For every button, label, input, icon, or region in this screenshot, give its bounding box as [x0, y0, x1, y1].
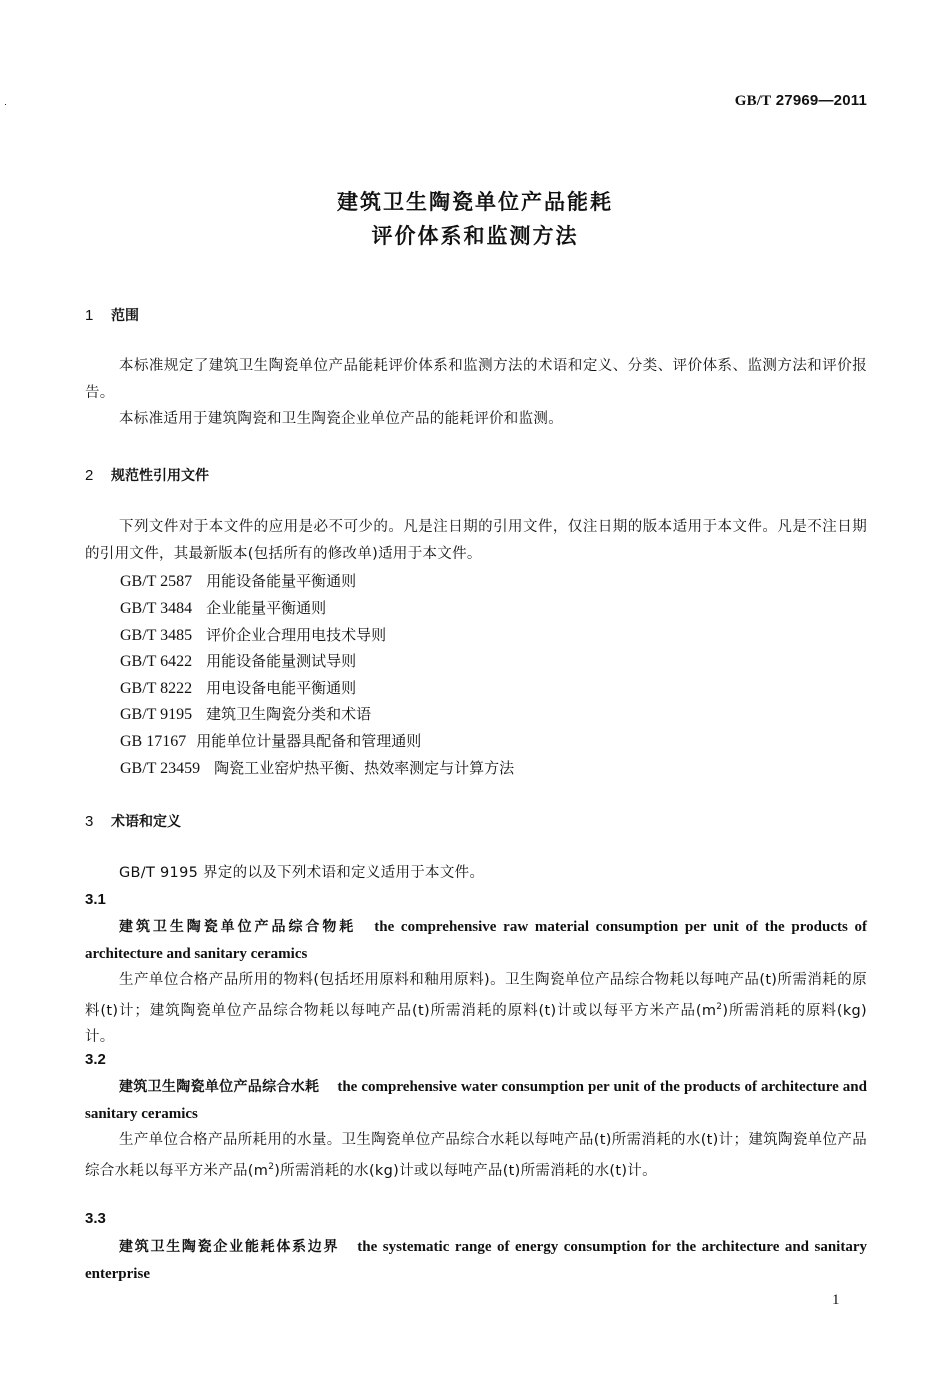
- document-title-line2: 评价体系和监测方法: [0, 220, 950, 250]
- term-chinese: 建筑卫生陶瓷企业能耗体系边界: [119, 1239, 339, 1255]
- scope-paragraph-1: 本标准规定了建筑卫生陶瓷单位产品能耗评价体系和监测方法的术语和定义、分类、评价体…: [85, 353, 867, 406]
- scope-paragraph-2: 本标准适用于建筑陶瓷和卫生陶瓷企业单位产品的能耗评价和监测。: [85, 406, 867, 433]
- page-number: 1: [832, 1292, 840, 1309]
- reference-item: GB 17167用能单位计量器具配备和管理通则: [120, 730, 421, 751]
- terms-intro-paragraph: GB/T 9195 界定的以及下列术语和定义适用于本文件。: [85, 860, 867, 887]
- document-title-line1: 建筑卫生陶瓷单位产品能耗: [0, 186, 950, 216]
- clause-number: 3.3: [85, 1210, 106, 1227]
- section-heading-terms-definitions: 3术语和定义: [85, 811, 181, 831]
- standard-number: GB/T 27969—2011: [735, 92, 867, 110]
- reference-item: GB/T 3485评价企业合理用电技术导则: [120, 624, 386, 645]
- term-chinese: 建筑卫生陶瓷单位产品综合水耗: [119, 1079, 319, 1095]
- scan-artifact-dot: [5, 104, 6, 105]
- reference-item: GB/T 8222用电设备电能平衡通则: [120, 677, 356, 698]
- section-heading-normative-references: 2规范性引用文件: [85, 465, 209, 485]
- reference-item: GB/T 23459陶瓷工业窑炉热平衡、热效率测定与计算方法: [120, 757, 514, 778]
- clause-number: 3.1: [85, 891, 106, 908]
- term-entry: 建筑卫生陶瓷单位产品综合水耗the comprehensive water co…: [85, 1074, 867, 1127]
- term-definition: 生产单位合格产品所用的物料(包括坯用原料和釉用原料)。卫生陶瓷单位产品综合物耗以…: [85, 967, 867, 1050]
- reference-item: GB/T 6422用能设备能量测试导则: [120, 650, 356, 671]
- term-chinese: 建筑卫生陶瓷单位产品综合物耗: [119, 919, 356, 935]
- references-intro-paragraph: 下列文件对于本文件的应用是必不可少的。凡是注日期的引用文件，仅注日期的版本适用于…: [85, 514, 867, 567]
- document-page: GB/T 27969—2011 建筑卫生陶瓷单位产品能耗 评价体系和监测方法 1…: [0, 0, 950, 1388]
- term-entry: 建筑卫生陶瓷单位产品综合物耗the comprehensive raw mate…: [85, 914, 867, 967]
- reference-item: GB/T 9195建筑卫生陶瓷分类和术语: [120, 703, 371, 724]
- reference-item: GB/T 3484企业能量平衡通则: [120, 597, 326, 618]
- term-definition: 生产单位合格产品所耗用的水量。卫生陶瓷单位产品综合水耗以每吨产品(t)所需消耗的…: [85, 1127, 867, 1184]
- clause-number: 3.2: [85, 1051, 106, 1068]
- section-heading-scope: 1范围: [85, 305, 139, 325]
- reference-item: GB/T 2587用能设备能量平衡通则: [120, 570, 356, 591]
- term-entry: 建筑卫生陶瓷企业能耗体系边界the systematic range of en…: [85, 1234, 867, 1287]
